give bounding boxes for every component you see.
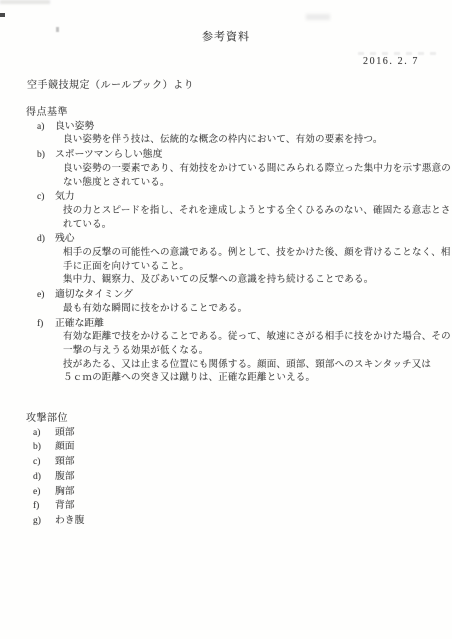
item-text-line: 集中力、観察力、及びあいての反撃への意識を持ち続けることである。 [26,274,444,288]
scoring-item-d: d)残心 [26,232,444,247]
item-title: 残心 [55,233,75,244]
scoring-item-c: c)気力 [26,190,444,205]
item-text-line: 良い姿勢を伴う技は、伝統的な概念の枠内において、有効の要素を持つ。 [26,134,444,148]
item-text-line: 相手の反撃の可能性への意識である。例として、技をかけた後、顔を背けることなく、相 [26,247,444,261]
item-text-line: 手に正面を向けていること。 [26,261,444,275]
attack-area-item-a: a)頭部 [26,426,444,441]
item-title: わき腹 [55,515,84,526]
scanned-document-page: 参考資料 2016. 2. 7 空手競技規定（ルールブック）より 得点基準 a)… [0,0,452,639]
attack-area-item-b: b)顔面 [26,440,444,455]
scoring-item-e: e)適切なタイミング [26,288,444,303]
scoring-item-f: f)正確な距離 [26,317,444,332]
attack-area-item-d: d)腹部 [26,470,444,485]
item-title: 背部 [55,500,75,511]
item-text-line: 一撃の与えうる効果が低くなる。 [26,345,444,359]
item-title: 適切なタイミング [55,289,133,300]
item-label: d) [37,233,55,247]
item-label: a) [33,427,55,441]
item-text-line: 技の力とスピードを指し、それを達成しようとする全くひるみのない、確固たる意志とさ [26,205,444,219]
item-title: 頭部 [55,427,75,438]
item-title: 顔面 [55,441,75,452]
item-text-line: 最も有効な瞬間に技をかけることである。 [26,303,444,317]
item-label: d) [33,471,55,485]
scan-smudge [0,0,50,4]
item-title: 腹部 [55,471,75,482]
item-text-line: 技があたる、又は止まる位置にも関係する。顔面、頭部、頸部へのスキンタッチ又は [26,359,444,373]
scoring-item-b: b)スポーツマンらしい態度 [26,148,444,163]
item-label: f) [37,318,55,332]
document-title: 参考資料 [0,28,452,44]
item-text-line: れている。 [26,219,444,233]
item-text-line: ない態度とされている。 [26,177,444,191]
attack-area-item-f: f)背部 [26,499,444,514]
document-source-line: 空手競技規定（ルールブック）より [27,76,194,91]
item-title: 胸部 [55,486,75,497]
item-label: c) [33,456,55,470]
item-label: a) [37,121,55,135]
item-text-line: 良い姿勢の一要素であり、有効技をかけている間にみられる際立った集中力を示す悪意の [26,163,444,177]
item-label: b) [37,149,55,163]
scan-smudge [306,14,330,20]
document-body: 得点基準 a)良い姿勢 良い姿勢を伴う技は、伝統的な概念の枠内において、有効の要… [26,106,444,529]
item-label: c) [37,191,55,205]
item-label: g) [33,515,55,529]
scoring-item-a: a)良い姿勢 [26,120,444,135]
item-text-line: ５ｃｍの距離への突き又は蹴りは、正確な距離といえる。 [26,372,444,386]
item-text-line: 有効な距離で技をかけることである。従って、敏速にさがる相手に技をかけた場合、その [26,331,444,345]
item-title: 正確な距離 [55,318,104,329]
item-title: 頸部 [55,456,75,467]
document-date: 2016. 2. 7 [363,56,419,67]
scan-smudge [358,52,440,55]
attack-area-item-e: e)胸部 [26,485,444,500]
item-label: e) [37,289,55,303]
item-label: e) [33,486,55,500]
item-title: 良い姿勢 [55,121,94,132]
scan-edge-mark [0,13,5,17]
attack-area-item-g: g)わき腹 [26,514,444,529]
scoring-criteria-heading: 得点基準 [26,106,444,120]
item-title: スポーツマンらしい態度 [55,149,162,160]
item-label: b) [33,441,55,455]
attack-areas-heading: 攻撃部位 [26,412,444,426]
item-title: 気力 [55,191,75,202]
item-label: f) [33,500,55,514]
attack-area-item-c: c)頸部 [26,455,444,470]
